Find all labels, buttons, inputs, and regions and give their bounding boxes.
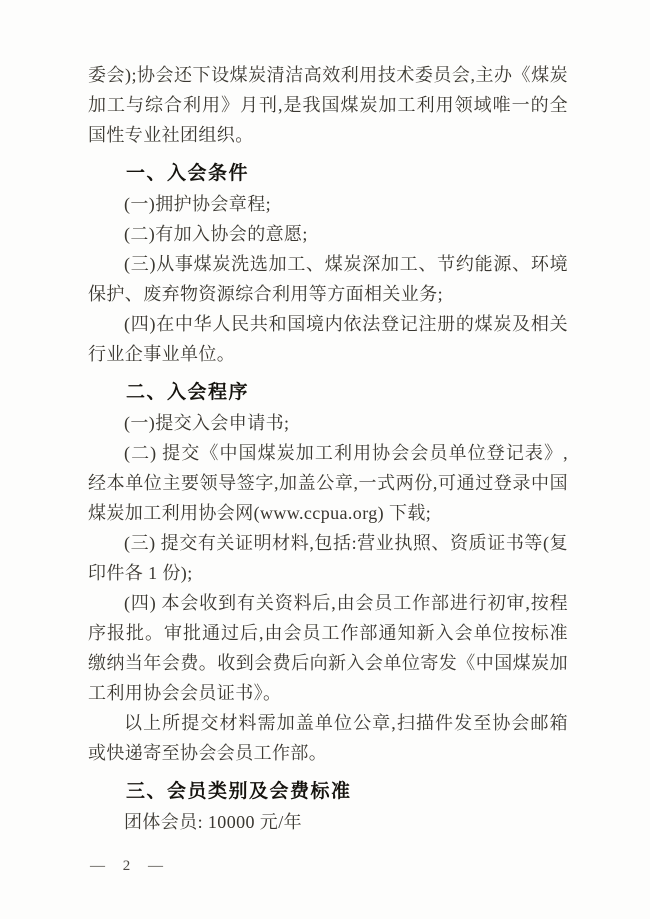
page-number: — 2 — (90, 856, 165, 876)
section-heading-membership-conditions: 一、入会条件 (88, 159, 568, 189)
document-page: 委会);协会还下设煤炭清洁高效利用技术委员会,主办《煤炭加工与综合利用》月刊,是… (0, 0, 650, 919)
document-content: 委会);协会还下设煤炭清洁高效利用技术委员会,主办《煤炭加工与综合利用》月刊,是… (88, 60, 568, 837)
paragraph-procedure-note: 以上所提交材料需加盖单位公章,扫描件发至协会邮箱或快递寄至协会会员工作部。 (88, 708, 568, 768)
paragraph-condition-4: (四)在中华人民共和国境内依法登记注册的煤炭及相关行业企事业单位。 (88, 309, 568, 369)
paragraph-condition-1: (一)拥护协会章程; (88, 189, 568, 219)
section-heading-membership-fees: 三、会员类别及会费标准 (88, 777, 568, 807)
paragraph-group-member-fee: 团体会员: 10000 元/年 (88, 807, 568, 837)
paragraph-procedure-1: (一)提交入会申请书; (88, 408, 568, 438)
paragraph-condition-3: (三)从事煤炭洗选加工、煤炭深加工、节约能源、环境保护、废弃物资源综合利用等方面… (88, 249, 568, 309)
paragraph-procedure-3: (三) 提交有关证明材料,包括:营业执照、资质证书等(复印件各 1 份); (88, 528, 568, 588)
continued-paragraph: 委会);协会还下设煤炭清洁高效利用技术委员会,主办《煤炭加工与综合利用》月刊,是… (88, 60, 568, 150)
paragraph-condition-2: (二)有加入协会的意愿; (88, 219, 568, 249)
paragraph-procedure-2: (二) 提交《中国煤炭加工利用协会会员单位登记表》,经本单位主要领导签字,加盖公… (88, 438, 568, 528)
section-heading-membership-procedure: 二、入会程序 (88, 378, 568, 408)
paragraph-procedure-4: (四) 本会收到有关资料后,由会员工作部进行初审,按程序报批。审批通过后,由会员… (88, 588, 568, 708)
